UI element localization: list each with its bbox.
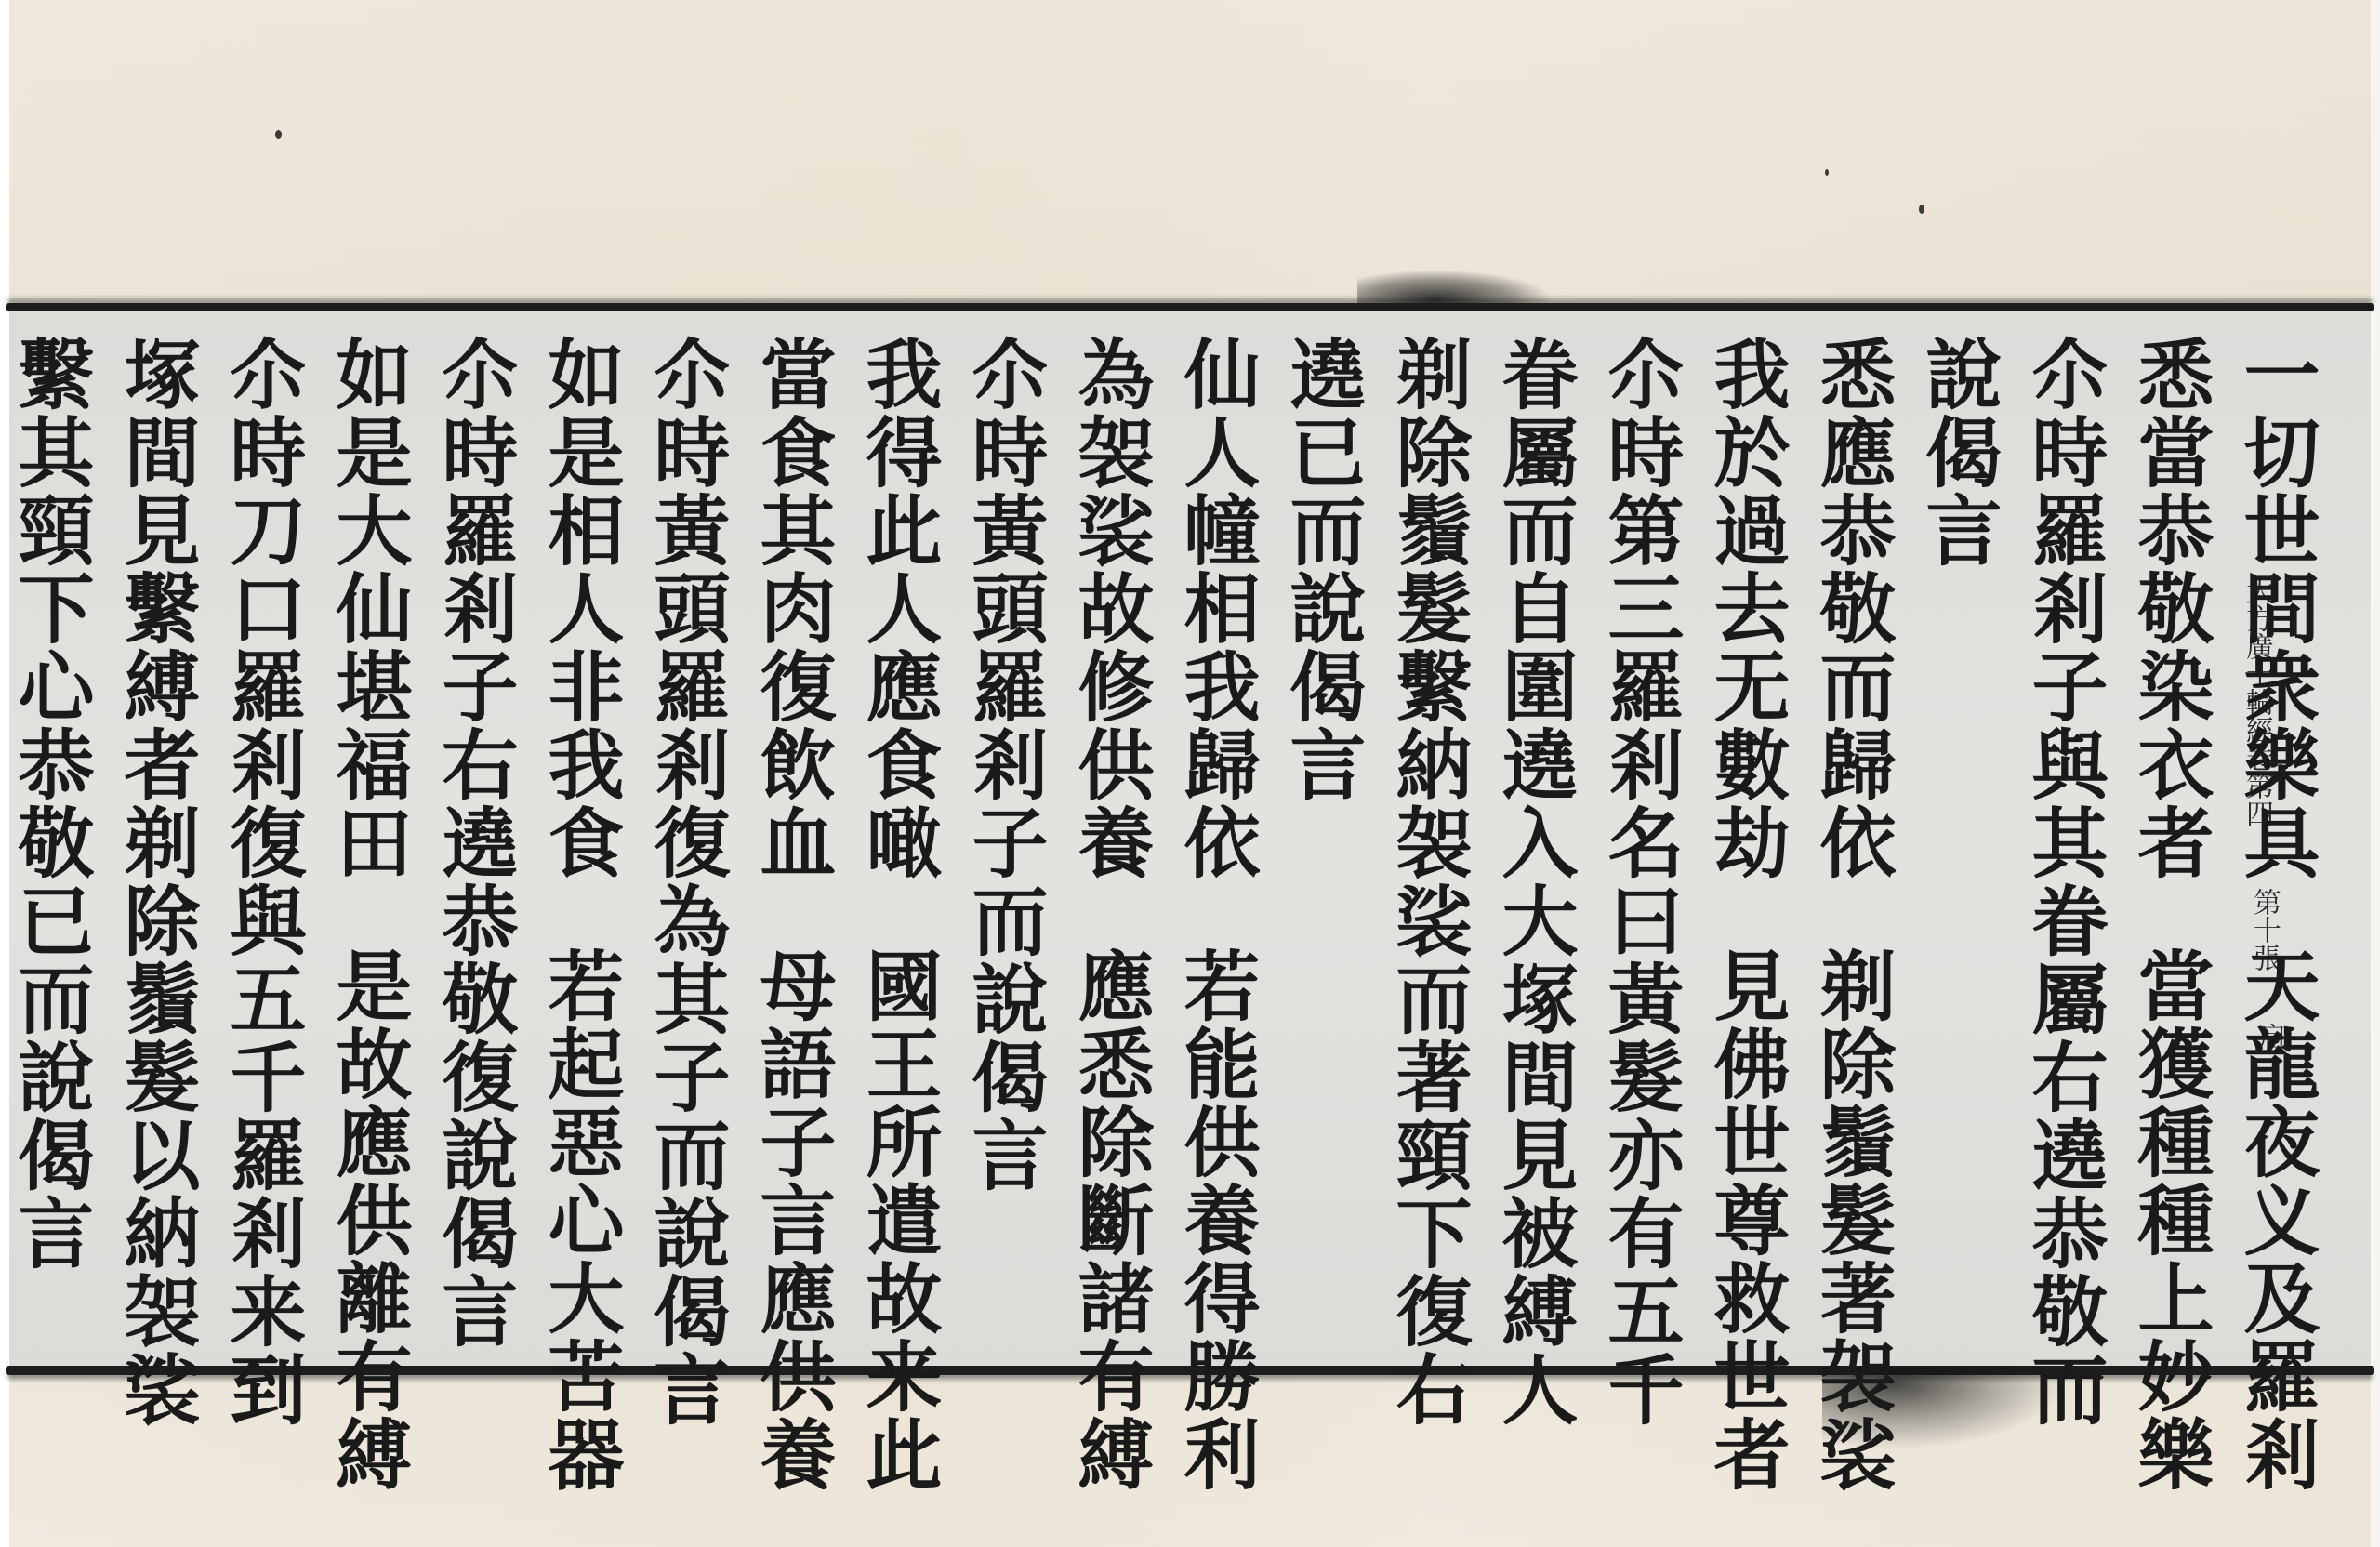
verse-line: 仙人幢相我歸依	[1171, 335, 1261, 881]
paper-speck	[1825, 169, 1829, 176]
verse-line: 剃除鬚髮著袈裟	[1807, 946, 1897, 1493]
text-column: 繫其頸下心恭敬已而說偈言	[0, 314, 103, 1365]
verse-line: 眷屬而自圍遶入大塚間見被縛人	[1489, 335, 1579, 1428]
verse-line: 天龍夜义及羅剎	[2231, 946, 2320, 1493]
verse-line: 尒時黃頭羅剎復為其子而說偈言	[641, 335, 731, 1428]
text-column: 為袈裟故修供養應悉除斷諸有縛	[1057, 314, 1163, 1365]
text-column: 我得此人應食噉國王所遣故来此	[845, 314, 951, 1365]
verse-line: 我於過去无數劫	[1701, 335, 1791, 881]
text-column: 如是相人非我食若起惡心大苦器	[527, 314, 633, 1365]
verse-line: 若能供養得勝利	[1171, 946, 1261, 1493]
verse-line: 尒時黃頭羅剎子而說偈言	[959, 335, 1049, 1194]
text-column: 眷屬而自圍遶入大塚間見被縛人	[1481, 314, 1587, 1365]
text-column: 尒時第三羅剎名曰黃髮亦有五千	[1587, 314, 1693, 1365]
text-column: 尒時刀口羅剎復與五千羅剎来到	[209, 314, 315, 1365]
scan-edge-right	[2371, 0, 2380, 1547]
verse-line: 悉當恭敬染衣者	[2125, 335, 2215, 881]
verse-line: 國王所遣故来此	[853, 946, 943, 1493]
verse-line: 當獲種種上妙樂	[2125, 946, 2215, 1493]
text-column: 尒時黃頭羅剎子而說偈言	[951, 314, 1057, 1365]
verse-line: 尒時第三羅剎名曰黃髮亦有五千	[1595, 335, 1685, 1428]
top-border-rule	[6, 303, 2374, 311]
verse-line: 塚間見繫縛者剃除鬚髮以納袈裟	[112, 335, 201, 1428]
text-column: 剃除鬚髮繫納袈裟而著頸下復右	[1375, 314, 1481, 1365]
verse-line: 我得此人應食噉	[853, 335, 943, 881]
text-column: 當食其肉復飲血母語子言應供養	[739, 314, 845, 1365]
verse-line: 尒時刀口羅剎復與五千羅剎来到	[218, 335, 307, 1428]
text-column: 我於過去无數劫見佛世尊救世者	[1693, 314, 1799, 1365]
verse-line: 遶已而說偈言	[1277, 335, 1367, 803]
verse-line: 當食其肉復飲血	[747, 335, 837, 881]
verse-line: 說偈言	[1913, 335, 2003, 569]
verse-line: 母語子言應供養	[747, 946, 837, 1493]
verse-line: 剃除鬚髮繫納袈裟而著頸下復右	[1383, 335, 1473, 1428]
text-column: 如是大仙堪福田是故應供離有縛	[315, 314, 421, 1365]
paper-speck	[1919, 205, 1924, 214]
verse-line: 尒時羅剎子右遶恭敬復說偈言	[430, 335, 519, 1350]
text-column: 尒時黃頭羅剎復為其子而說偈言	[633, 314, 739, 1365]
text-column: 悉應恭敬而歸依剃除鬚髮著袈裟	[1799, 314, 1905, 1365]
paper-speck	[275, 130, 282, 139]
text-column: 尒時羅剎子右遶恭敬復說偈言	[421, 314, 527, 1365]
text-columns: 一切世間衆樂具天龍夜义及羅剎悉當恭敬染衣者當獲種種上妙樂尒時羅剎子與其眷屬右遶恭…	[0, 314, 2329, 1365]
text-column: 遶已而說偈言	[1269, 314, 1375, 1365]
verse-line: 是故應供離有縛	[324, 946, 413, 1493]
verse-line: 尒時羅剎子與其眷屬右遶恭敬而	[2019, 335, 2109, 1428]
verse-line: 繫其頸下心恭敬已而說偈言	[6, 335, 95, 1272]
verse-line: 悉應恭敬而歸依	[1807, 335, 1897, 881]
verse-line: 應悉除斷諸有縛	[1065, 946, 1155, 1493]
sutra-page: 大方廣十輪經卷第四 第十張 启 一切世間衆樂具天龍夜义及羅剎悉當恭敬染衣者當獲種…	[0, 0, 2380, 1547]
verse-line: 見佛世尊救世者	[1701, 946, 1791, 1493]
text-column: 說偈言	[1905, 314, 2011, 1365]
verse-line: 如是大仙堪福田	[324, 335, 413, 881]
text-column: 塚間見繫縛者剃除鬚髮以納袈裟	[103, 314, 209, 1365]
text-column: 尒時羅剎子與其眷屬右遶恭敬而	[2011, 314, 2117, 1365]
verse-line: 如是相人非我食	[535, 335, 625, 881]
text-column: 一切世間衆樂具天龍夜义及羅剎	[2223, 314, 2329, 1365]
verse-line: 為袈裟故修供養	[1065, 335, 1155, 881]
text-column: 仙人幢相我歸依若能供養得勝利	[1163, 314, 1269, 1365]
verse-line: 若起惡心大苦器	[535, 946, 625, 1493]
text-column: 悉當恭敬染衣者當獲種種上妙樂	[2117, 314, 2223, 1365]
verse-line: 一切世間衆樂具	[2231, 335, 2320, 881]
ink-blot-top	[1357, 270, 1553, 307]
